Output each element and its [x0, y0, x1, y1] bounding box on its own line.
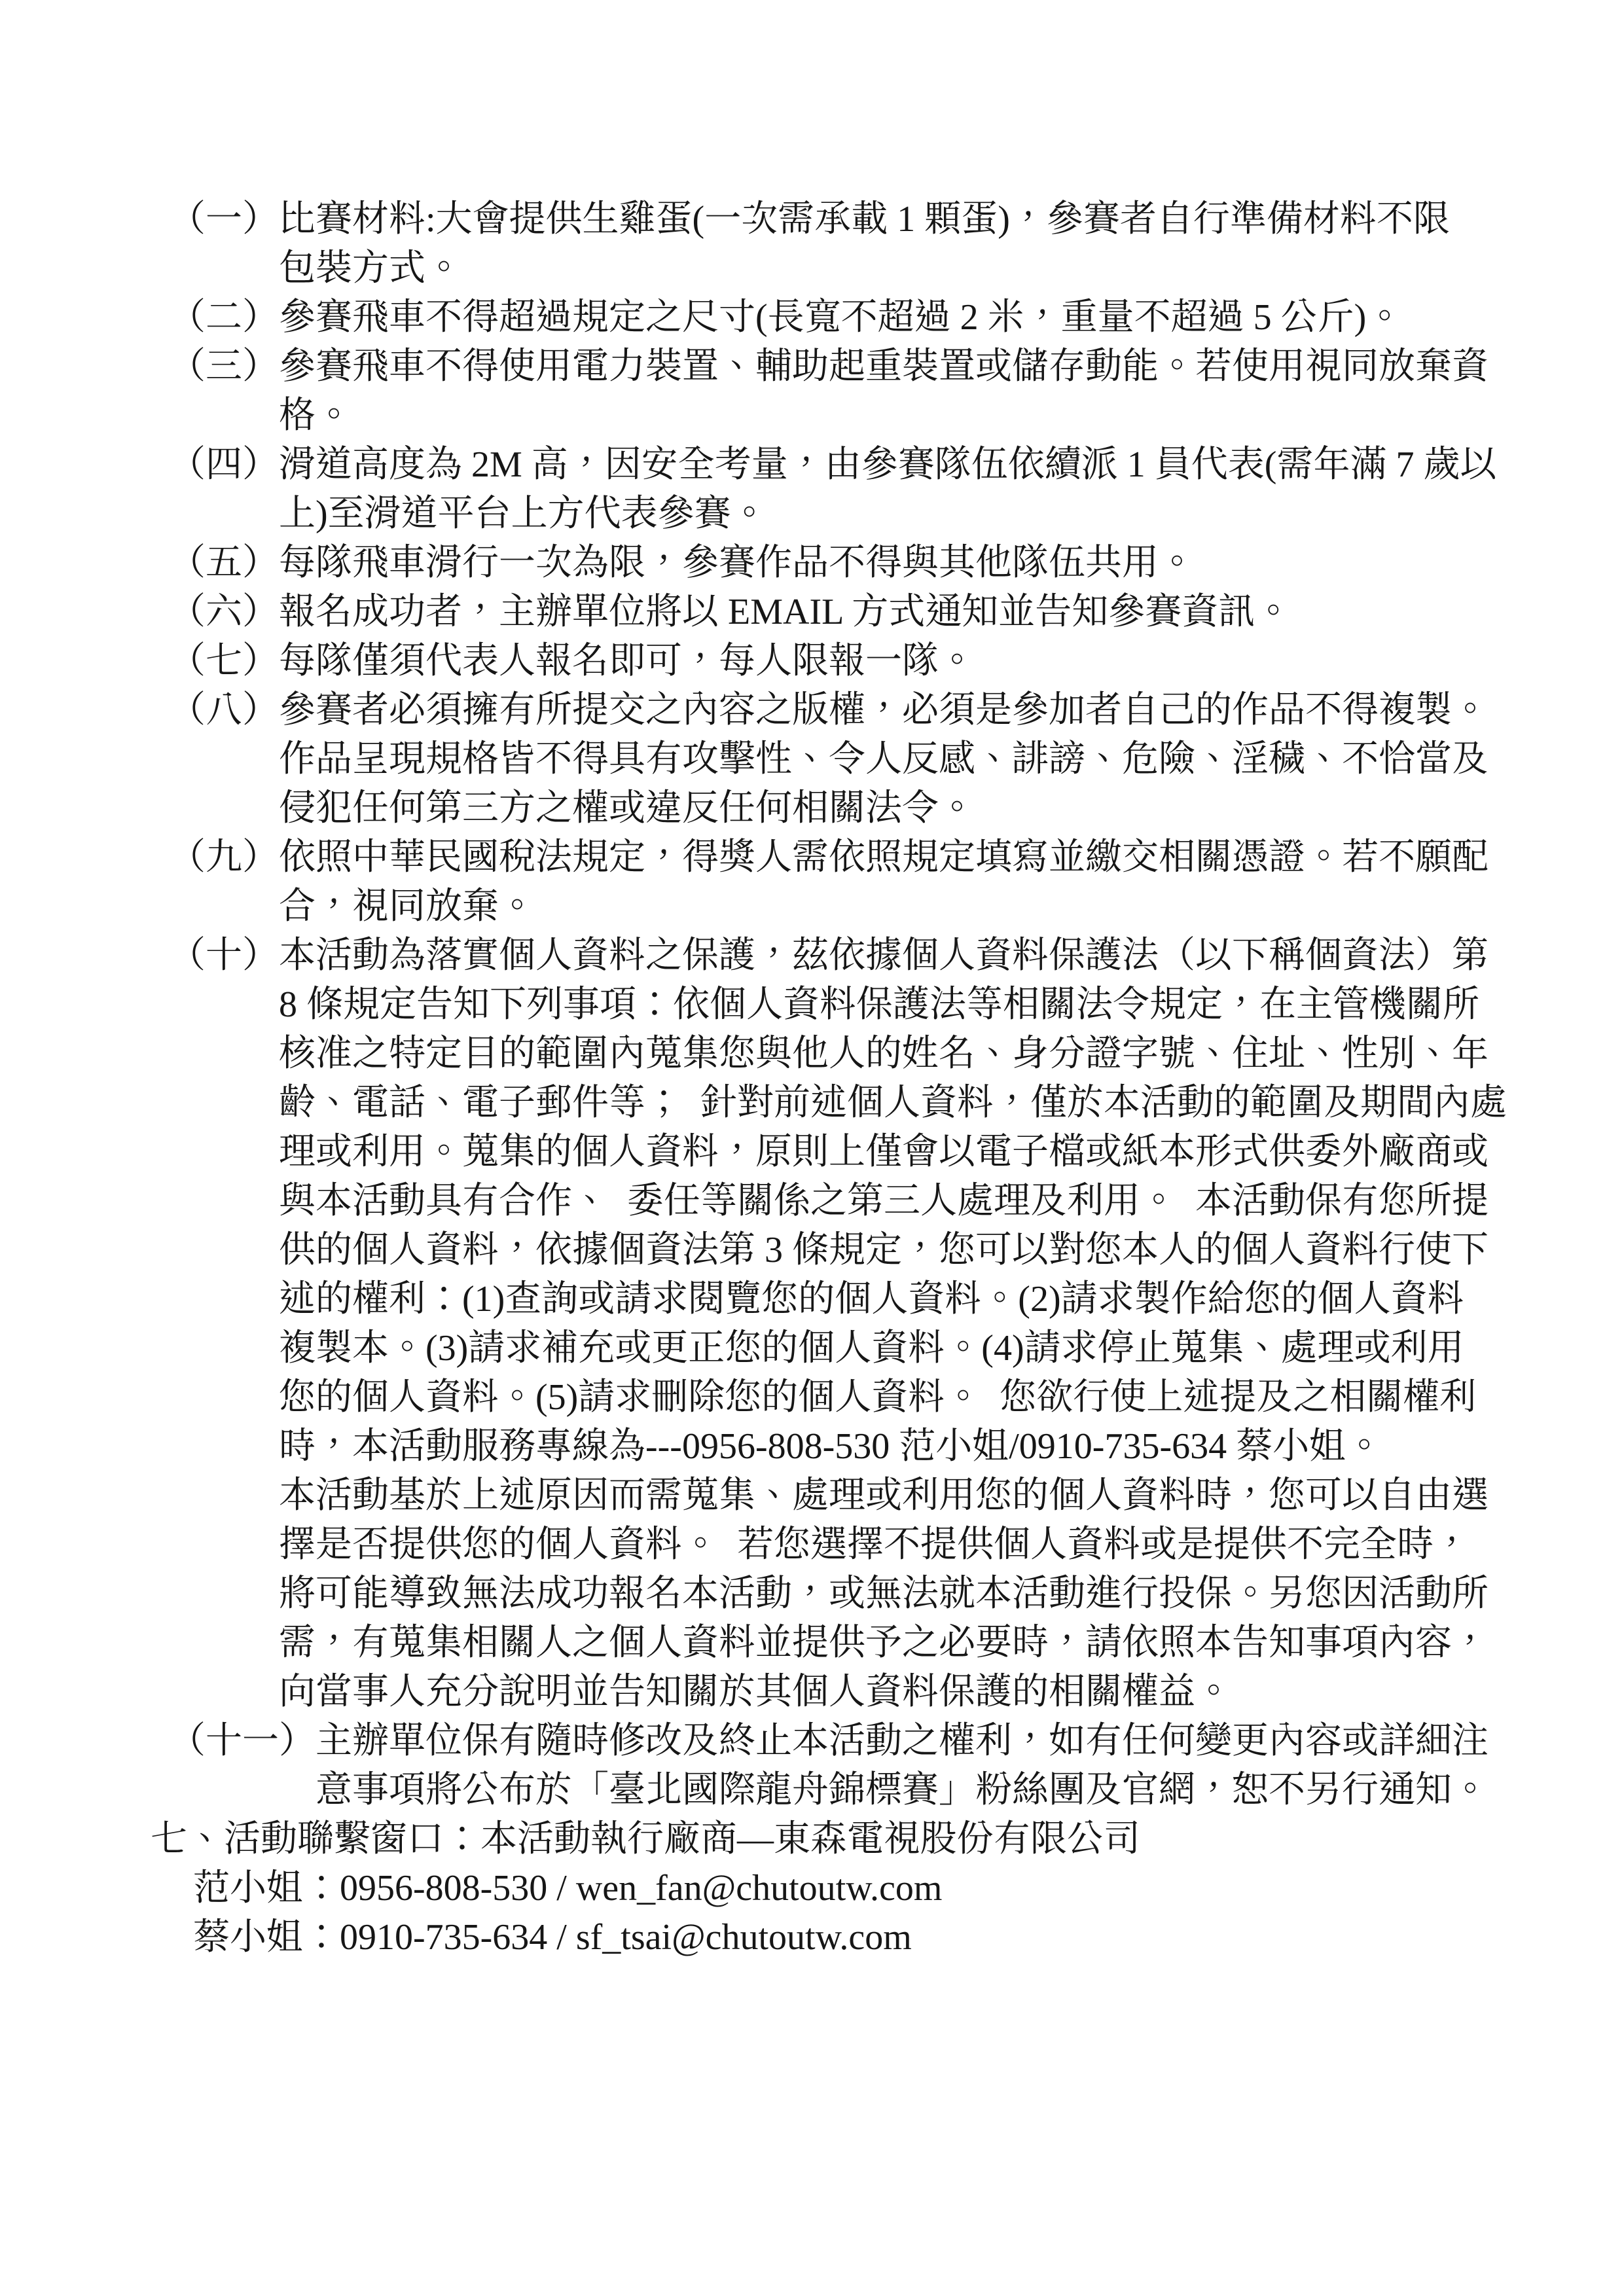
rule-item-number: （四）	[169, 440, 279, 490]
rule-item: （六） 報名成功者，主辦單位將以 EMAIL 方式通知並告知參賽資訊。	[169, 588, 1624, 637]
rule-item-number: （八）	[169, 686, 279, 735]
rule-item-line: 報名成功者，主辦單位將以 EMAIL 方式通知並告知參賽資訊。	[279, 588, 1624, 637]
rule-item-line: 理或利用。蒐集的個人資料，原則上僅會以電子檔或紙本形式供委外廠商或	[279, 1128, 1624, 1177]
rule-item-line: 合，視同放棄。	[279, 882, 1624, 931]
rule-item: （三） 參賽飛車不得使用電力裝置、輔助起重裝置或儲存動能。若使用視同放棄資格。	[169, 342, 1624, 440]
rule-item-lines: 每隊僅須代表人報名即可，每人限報一隊。	[279, 637, 1624, 686]
rule-item: （一） 比賽材料:大會提供生雞蛋(一次需承載 1 顆蛋)，參賽者自行準備材料不限…	[169, 195, 1624, 293]
contact-line-fan: 范小姐：0956-808-530 / wen_fan@chutoutw.com	[193, 1864, 1624, 1913]
rule-item-line: 參賽飛車不得超過規定之尺寸(長寬不超過 2 米，重量不超過 5 公斤)。	[279, 293, 1624, 342]
rule-item-line: 您的個人資料。(5)請求刪除您的個人資料。 您欲行使上述提及之相關權利	[279, 1373, 1624, 1422]
rule-item-line: 述的權利：(1)查詢或請求閱覽您的個人資料。(2)請求製作給您的個人資料	[279, 1275, 1624, 1324]
rules-list: （一） 比賽材料:大會提供生雞蛋(一次需承載 1 顆蛋)，參賽者自行準備材料不限…	[169, 195, 1624, 1815]
rule-item-line: 齡、電話、電子郵件等； 針對前述個人資料，僅於本活動的範圍及期間內處	[279, 1079, 1624, 1128]
rule-item-lines: 依照中華民國稅法規定，得獎人需依照規定填寫並繳交相關憑證。若不願配合，視同放棄。	[279, 833, 1624, 931]
rule-item-lines: 參賽者必須擁有所提交之內容之版權，必須是參加者自己的作品不得複製。作品呈現規格皆…	[279, 686, 1624, 833]
rule-item: （四） 滑道高度為 2M 高，因安全考量，由參賽隊伍依續派 1 員代表(需年滿 …	[169, 440, 1624, 539]
rule-item-line: 與本活動具有合作、 委任等關係之第三人處理及利用。 本活動保有您所提	[279, 1177, 1624, 1226]
contact-line-tsai: 蔡小姐：0910-735-634 / sf_tsai@chutoutw.com	[193, 1913, 1624, 1962]
rule-item: （五） 每隊飛車滑行一次為限，參賽作品不得與其他隊伍共用。	[169, 539, 1624, 588]
rule-item-lines: 主辦單位保有隨時修改及終止本活動之權利，如有任何變更內容或詳細注意事項將公布於「…	[316, 1717, 1624, 1815]
document-content: （一） 比賽材料:大會提供生雞蛋(一次需承載 1 顆蛋)，參賽者自行準備材料不限…	[0, 195, 1624, 1962]
rule-item-number: （七）	[169, 637, 279, 686]
rule-item: （十一） 主辦單位保有隨時修改及終止本活動之權利，如有任何變更內容或詳細注意事項…	[169, 1717, 1624, 1815]
document-page: （一） 比賽材料:大會提供生雞蛋(一次需承載 1 顆蛋)，參賽者自行準備材料不限…	[0, 0, 1624, 2296]
rule-item-lines: 滑道高度為 2M 高，因安全考量，由參賽隊伍依續派 1 員代表(需年滿 7 歲以…	[279, 440, 1624, 539]
rule-item: （二） 參賽飛車不得超過規定之尺寸(長寬不超過 2 米，重量不超過 5 公斤)。	[169, 293, 1624, 342]
rule-item-line: 本活動為落實個人資料之保護，茲依據個人資料保護法（以下稱個資法）第	[279, 931, 1624, 980]
rule-item-line: 向當事人充分說明並告知關於其個人資料保護的相關權益。	[279, 1668, 1624, 1717]
rule-item-lines: 參賽飛車不得使用電力裝置、輔助起重裝置或儲存動能。若使用視同放棄資格。	[279, 342, 1624, 440]
rule-item: （十） 本活動為落實個人資料之保護，茲依據個人資料保護法（以下稱個資法）第8 條…	[169, 931, 1624, 1717]
rule-item-line: 複製本。(3)請求補充或更正您的個人資料。(4)請求停止蒐集、處理或利用	[279, 1324, 1624, 1373]
rule-item-number: （五）	[169, 539, 279, 588]
rule-item-line: 參賽者必須擁有所提交之內容之版權，必須是參加者自己的作品不得複製。	[279, 686, 1624, 735]
rule-item-line: 將可能導致無法成功報名本活動，或無法就本活動進行投保。另您因活動所	[279, 1570, 1624, 1619]
rule-item-lines: 參賽飛車不得超過規定之尺寸(長寬不超過 2 米，重量不超過 5 公斤)。	[279, 293, 1624, 342]
rule-item-line: 格。	[279, 391, 1624, 440]
rule-item: （七） 每隊僅須代表人報名即可，每人限報一隊。	[169, 637, 1624, 686]
rule-item-line: 時，本活動服務專線為---0956-808-530 范小姐/0910-735-6…	[279, 1422, 1624, 1471]
rule-item-line: 每隊飛車滑行一次為限，參賽作品不得與其他隊伍共用。	[279, 539, 1624, 588]
rule-item-line: 擇是否提供您的個人資料。 若您選擇不提供個人資料或是提供不完全時，	[279, 1520, 1624, 1570]
rule-item-lines: 報名成功者，主辦單位將以 EMAIL 方式通知並告知參賽資訊。	[279, 588, 1624, 637]
rule-item-line: 核准之特定目的範圍內蒐集您與他人的姓名、身分證字號、住址、性別、年	[279, 1030, 1624, 1079]
rule-item-number: （九）	[169, 833, 279, 882]
rule-item-line: 8 條規定告知下列事項：依個人資料保護法等相關法令規定，在主管機關所	[279, 980, 1624, 1030]
rule-item-number: （三）	[169, 342, 279, 391]
rule-item-line: 侵犯任何第三方之權或違反任何相關法令。	[279, 784, 1624, 833]
rule-item-number: （一）	[169, 195, 279, 244]
contact-section-heading: 七、活動聯繫窗口：本活動執行廠商—東森電視股份有限公司	[151, 1815, 1624, 1864]
rule-item-line: 主辦單位保有隨時修改及終止本活動之權利，如有任何變更內容或詳細注	[316, 1717, 1624, 1766]
rule-item-line: 意事項將公布於「臺北國際龍舟錦標賽」粉絲團及官網，恕不另行通知。	[316, 1766, 1624, 1815]
rule-item: （九） 依照中華民國稅法規定，得獎人需依照規定填寫並繳交相關憑證。若不願配合，視…	[169, 833, 1624, 931]
rule-item-lines: 每隊飛車滑行一次為限，參賽作品不得與其他隊伍共用。	[279, 539, 1624, 588]
rule-item-line: 需，有蒐集相關人之個人資料並提供予之必要時，請依照本告知事項內容，	[279, 1619, 1624, 1668]
rule-item-line: 作品呈現規格皆不得具有攻擊性、令人反感、誹謗、危險、淫穢、不恰當及	[279, 735, 1624, 784]
rule-item-number: （六）	[169, 588, 279, 637]
rule-item-line: 供的個人資料，依據個資法第 3 條規定，您可以對您本人的個人資料行使下	[279, 1226, 1624, 1275]
rule-item-line: 比賽材料:大會提供生雞蛋(一次需承載 1 顆蛋)，參賽者自行準備材料不限	[279, 195, 1624, 244]
rule-item-lines: 比賽材料:大會提供生雞蛋(一次需承載 1 顆蛋)，參賽者自行準備材料不限包裝方式…	[279, 195, 1624, 293]
rule-item-line: 每隊僅須代表人報名即可，每人限報一隊。	[279, 637, 1624, 686]
rule-item-line: 包裝方式。	[279, 244, 1624, 293]
rule-item-line: 依照中華民國稅法規定，得獎人需依照規定填寫並繳交相關憑證。若不願配	[279, 833, 1624, 882]
rule-item-number: （十）	[169, 931, 279, 980]
rule-item-number: （十一）	[169, 1717, 316, 1766]
rule-item-lines: 本活動為落實個人資料之保護，茲依據個人資料保護法（以下稱個資法）第8 條規定告知…	[279, 931, 1624, 1717]
rule-item-line: 本活動基於上述原因而需蒐集、處理或利用您的個人資料時，您可以自由選	[279, 1471, 1624, 1520]
rule-item-line: 參賽飛車不得使用電力裝置、輔助起重裝置或儲存動能。若使用視同放棄資	[279, 342, 1624, 391]
rule-item: （八） 參賽者必須擁有所提交之內容之版權，必須是參加者自己的作品不得複製。作品呈…	[169, 686, 1624, 833]
rule-item-number: （二）	[169, 293, 279, 342]
rule-item-line: 滑道高度為 2M 高，因安全考量，由參賽隊伍依續派 1 員代表(需年滿 7 歲以	[279, 440, 1624, 490]
rule-item-line: 上)至滑道平台上方代表參賽。	[279, 490, 1624, 539]
